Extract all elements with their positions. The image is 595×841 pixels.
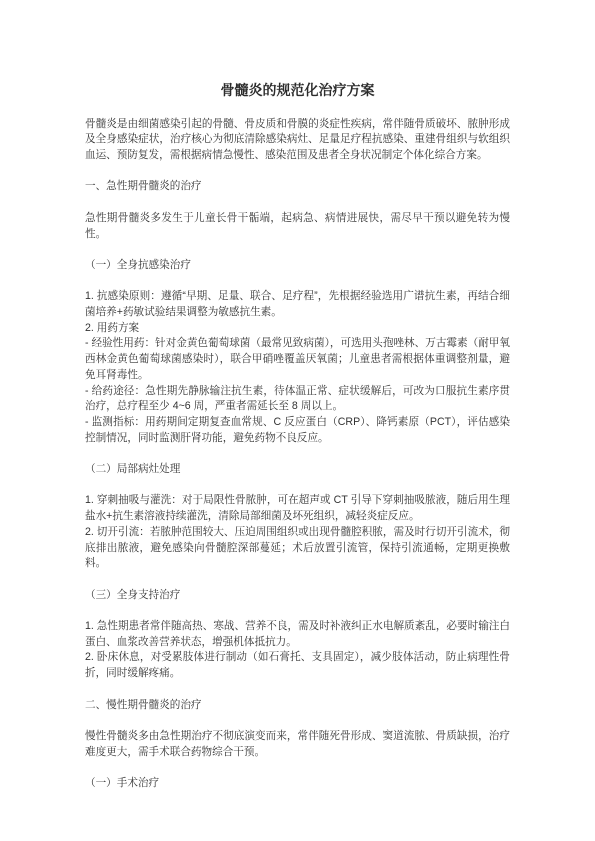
- anti-infection-principle-line: 1. 抗感染原则：遵循“早期、足量、联合、足疗程”，先根据经验选用广谱抗生素，再…: [85, 289, 510, 320]
- document-page: 骨髓炎的规范化治疗方案 骨髓炎是由细菌感染引起的骨髓、骨皮质和骨膜的炎症性疾病，…: [0, 0, 595, 841]
- puncture-aspiration-line: 1. 穿刺抽吸与灌洗：对于局限性骨脓肿，可在超声或 CT 引导下穿刺抽吸脓液，随…: [85, 493, 510, 524]
- administration-route-line: - 给药途径：急性期先静脉输注抗生素，待体温正常、症状缓解后，可改为口服抗生素序…: [85, 384, 510, 415]
- empirical-medication-line: - 经验性用药：针对金黄色葡萄球菌（最常见致病菌），可选用头孢唑林、万古霉素（耐…: [85, 336, 510, 383]
- section1-lead-paragraph: 急性期骨髓炎多发生于儿童长骨干骺端，起病急、病情进展快，需尽早干预以避免转为慢性…: [85, 211, 510, 242]
- section2-sub1-heading: （一）手术治疗: [85, 776, 510, 792]
- intro-paragraph: 骨髓炎是由细菌感染引起的骨髓、骨皮质和骨膜的炎症性疾病，常伴随骨质破坏、脓肿形成…: [85, 117, 510, 164]
- section2-heading: 二、慢性期骨髓炎的治疗: [85, 698, 510, 714]
- fluid-nutrition-support-line: 1. 急性期患者常伴随高热、寒战、营养不良，需及时补液纠正水电解质紊乱，必要时输…: [85, 619, 510, 650]
- document-title: 骨髓炎的规范化治疗方案: [85, 80, 510, 101]
- medication-plan-line: 2. 用药方案: [85, 321, 510, 337]
- section1-sub3-heading: （三）全身支持治疗: [85, 588, 510, 604]
- section2-lead-paragraph: 慢性骨髓炎多由急性期治疗不彻底演变而来，常伴随死骨形成、窦道流脓、骨质缺损，治疗…: [85, 729, 510, 760]
- section1-sub1-heading: （一）全身抗感染治疗: [85, 258, 510, 274]
- local-lesion-treatment-details: 1. 穿刺抽吸与灌洗：对于局限性骨脓肿，可在超声或 CT 引导下穿刺抽吸脓液，随…: [85, 493, 510, 572]
- bed-rest-immobilization-line: 2. 卧床休息，对受累肢体进行制动（如石膏托、支具固定），减少肢体活动，防止病理…: [85, 650, 510, 681]
- systemic-anti-infection-details: 1. 抗感染原则：遵循“早期、足量、联合、足疗程”，先根据经验选用广谱抗生素，再…: [85, 289, 510, 446]
- section1-sub2-heading: （二）局部病灶处理: [85, 462, 510, 478]
- monitoring-indicators-line: - 监测指标：用药期间定期复查血常规、C 反应蛋白（CRP）、降钙素原（PCT）…: [85, 415, 510, 446]
- incision-drainage-line: 2. 切开引流：若脓肿范围较大、压迫周围组织或出现骨髓腔积脓，需及时行切开引流术…: [85, 525, 510, 572]
- systemic-support-details: 1. 急性期患者常伴随高热、寒战、营养不良，需及时补液纠正水电解质紊乱，必要时输…: [85, 619, 510, 682]
- section1-heading: 一、急性期骨髓炎的治疗: [85, 179, 510, 195]
